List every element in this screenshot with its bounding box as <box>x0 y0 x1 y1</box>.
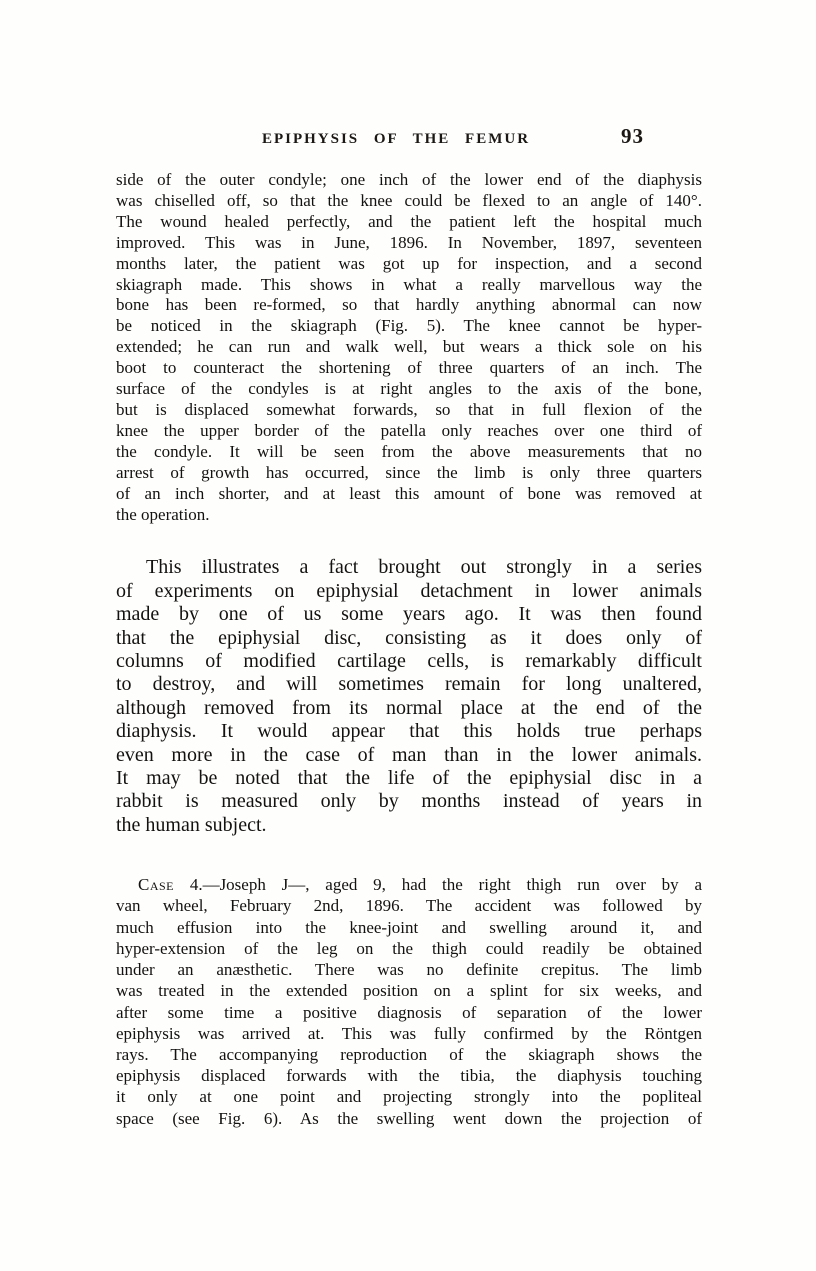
text-line: was treated in the extended position on … <box>116 980 702 1001</box>
text-column: side of the outer condyle; one inch of t… <box>116 170 702 1129</box>
text-line: Case 4.—Joseph J—, aged 9, had the right… <box>116 874 702 895</box>
text-line: much effusion into the knee-joint and sw… <box>116 917 702 938</box>
text-line: rays. The accompanying reproduction of t… <box>116 1044 702 1065</box>
text-line: it only at one point and projecting stro… <box>116 1086 702 1107</box>
text-line: that the epiphysial disc, consisting as … <box>116 627 702 650</box>
book-page: EPIPHYSIS OF THE FEMUR 93 side of the ou… <box>0 0 816 1271</box>
running-head-title: EPIPHYSIS OF THE FEMUR <box>116 131 676 148</box>
text-line: improved. This was in June, 1896. In Nov… <box>116 233 702 254</box>
text-line: van wheel, February 2nd, 1896. The accid… <box>116 895 702 916</box>
text-line: epiphysis was arrived at. This was fully… <box>116 1023 702 1044</box>
case-label: Case <box>138 875 174 894</box>
text-line: diaphysis. It would appear that this hol… <box>116 720 702 743</box>
text-line: the human subject. <box>116 814 702 837</box>
text-line: space (see Fig. 6). As the swelling went… <box>116 1108 702 1129</box>
text-line: knee the upper border of the patella onl… <box>116 421 702 442</box>
text-line: rabbit is measured only by months instea… <box>116 790 702 813</box>
text-line: columns of modified cartilage cells, is … <box>116 650 702 673</box>
text-line: even more in the case of man than in the… <box>116 744 702 767</box>
text-line: of an inch shorter, and at least this am… <box>116 484 702 505</box>
paragraph-case-4: Case 4.—Joseph J—, aged 9, had the right… <box>116 874 702 1128</box>
text-line: skiagraph made. This shows in what a rea… <box>116 275 702 296</box>
text-line: under an anæsthetic. There was no defini… <box>116 959 702 980</box>
text-line: The wound healed perfectly, and the pati… <box>116 212 702 233</box>
text-line: This illustrates a fact brought out stro… <box>116 556 702 579</box>
text-line: hyper-extension of the leg on the thigh … <box>116 938 702 959</box>
text-line: the operation. <box>116 505 702 526</box>
text-line: was chiselled off, so that the knee coul… <box>116 191 702 212</box>
text-line: but is displaced somewhat forwards, so t… <box>116 400 702 421</box>
text-line: the condyle. It will be seen from the ab… <box>116 442 702 463</box>
text-line: to destroy, and will sometimes remain fo… <box>116 673 702 696</box>
text-line: bone has been re-formed, so that hardly … <box>116 295 702 316</box>
text-line: boot to counteract the shortening of thr… <box>116 358 702 379</box>
text-line: epiphysis displaced forwards with the ti… <box>116 1065 702 1086</box>
text-line: of experiments on epiphysial detachment … <box>116 580 702 603</box>
text-line: surface of the condyles is at right angl… <box>116 379 702 400</box>
paragraph-continuation: side of the outer condyle; one inch of t… <box>116 170 702 525</box>
text-line: made by one of us some years ago. It was… <box>116 603 702 626</box>
text-line: It may be noted that the life of the epi… <box>116 767 702 790</box>
text-line: be noticed in the skiagraph (Fig. 5). Th… <box>116 316 702 337</box>
text-line: arrest of growth has occurred, since the… <box>116 463 702 484</box>
text-line: after some time a positive diagnosis of … <box>116 1002 702 1023</box>
text-line: extended; he can run and walk well, but … <box>116 337 702 358</box>
page-number: 93 <box>621 124 644 149</box>
paragraph-discussion: This illustrates a fact brought out stro… <box>116 556 702 837</box>
case-first-line-text: 4.—Joseph J—, aged 9, had the right thig… <box>190 875 702 894</box>
text-line: months later, the patient was got up for… <box>116 254 702 275</box>
text-line: although removed from its normal place a… <box>116 697 702 720</box>
text-line: side of the outer condyle; one inch of t… <box>116 170 702 191</box>
